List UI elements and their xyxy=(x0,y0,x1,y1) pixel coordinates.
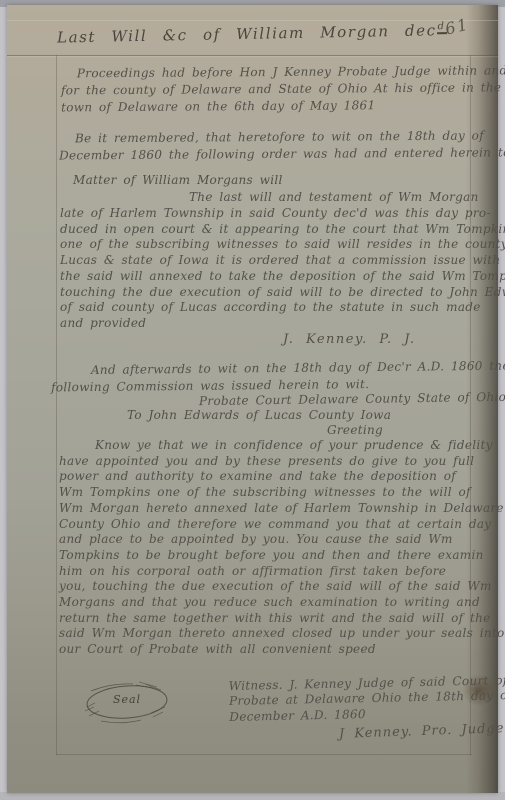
text-line: Lucas & state of Iowa it is ordered that… xyxy=(60,253,474,269)
left-margin-line xyxy=(56,55,57,755)
text-line: County Ohio and therefore we command you… xyxy=(59,517,475,533)
text-line: Wm Morgan hereto annexed late of Harlem … xyxy=(59,501,475,517)
manuscript-page: 61 Last Will &c of William Morgan decd P… xyxy=(7,5,498,793)
text-line: for the county of Delaware and State of … xyxy=(61,80,473,100)
greeting-line: Greeting xyxy=(327,423,383,439)
text-line: have appointed you and by these presents… xyxy=(59,454,475,470)
title-superscript: d xyxy=(436,21,446,34)
seal-label: Seal xyxy=(81,693,173,706)
text-line: said Wm Morgan thereto annexed closed up… xyxy=(59,626,475,642)
text-line: duced in open court & it appearing to th… xyxy=(60,222,474,238)
header-rule-line xyxy=(7,55,498,56)
court-heading: Probate Court Delaware County State of O… xyxy=(199,390,505,410)
text-line: him on his corporal oath or affirmation … xyxy=(59,564,475,580)
text-line: town of Delaware on the 6th day of May 1… xyxy=(61,97,473,117)
text-line: Know ye that we in confidence of your pr… xyxy=(59,438,475,454)
attestation-paragraph: Witness. J. Kenney Judge of said Court o… xyxy=(229,673,505,725)
text-line: and place to be appointed by you. You ca… xyxy=(59,532,475,548)
text-line: of said county of Lucas according to the… xyxy=(60,300,474,316)
title-text: Last Will &c of William Morgan dec xyxy=(57,21,437,46)
text-line: one of the subscribing witnesses to said… xyxy=(60,237,474,253)
text-line: our Court of Probate with all convenient… xyxy=(59,642,475,658)
text-line: Wm Tompkins one of the subscribing witne… xyxy=(59,485,475,501)
text-line: Morgans and that you reduce such examina… xyxy=(59,595,475,611)
order-paragraph: late of Harlem Township in said County d… xyxy=(60,206,474,332)
text-line: touching the due execution of said will … xyxy=(60,285,474,301)
text-line: return the same together with this writ … xyxy=(59,611,475,627)
proceedings-paragraph: Proceedings had before Hon J Kenney Prob… xyxy=(61,63,473,117)
page-title: Last Will &c of William Morgan decd xyxy=(57,21,427,46)
page-number: 61 xyxy=(443,14,471,38)
commission-paragraph: Know ye that we in confidence of your pr… xyxy=(59,438,475,658)
addressee-line: To John Edwards of Lucas County Iowa xyxy=(127,408,391,424)
seal-mark: Seal xyxy=(81,677,173,729)
order-intro-paragraph: Be it remembered, that heretofore to wit… xyxy=(59,128,473,165)
text-line: December 1860 the following order was ha… xyxy=(59,145,473,165)
document-scan: { "page": { "number": "61", "title_main"… xyxy=(0,0,505,800)
text-line: you, touching the due execution of the s… xyxy=(59,579,475,595)
text-line: the said will annexed to take the deposi… xyxy=(60,269,474,285)
text-line: late of Harlem Township in said County d… xyxy=(60,206,474,222)
probate-judge-signature: J Kenney. Pro. Judge xyxy=(339,721,505,742)
matter-heading: Matter of William Morgans will xyxy=(73,173,283,189)
scan-bottom-edge xyxy=(0,792,505,800)
text-line: power and authority to examine and take … xyxy=(59,469,475,485)
bottom-margin-line xyxy=(56,754,472,755)
judge-signature: J. Kenney. P. J. xyxy=(283,332,416,348)
text-line: and provided xyxy=(60,316,474,332)
text-line: Tompkins to be brought before you and th… xyxy=(59,548,475,564)
order-first-line: The last will and testament of Wm Morgan xyxy=(189,190,479,206)
